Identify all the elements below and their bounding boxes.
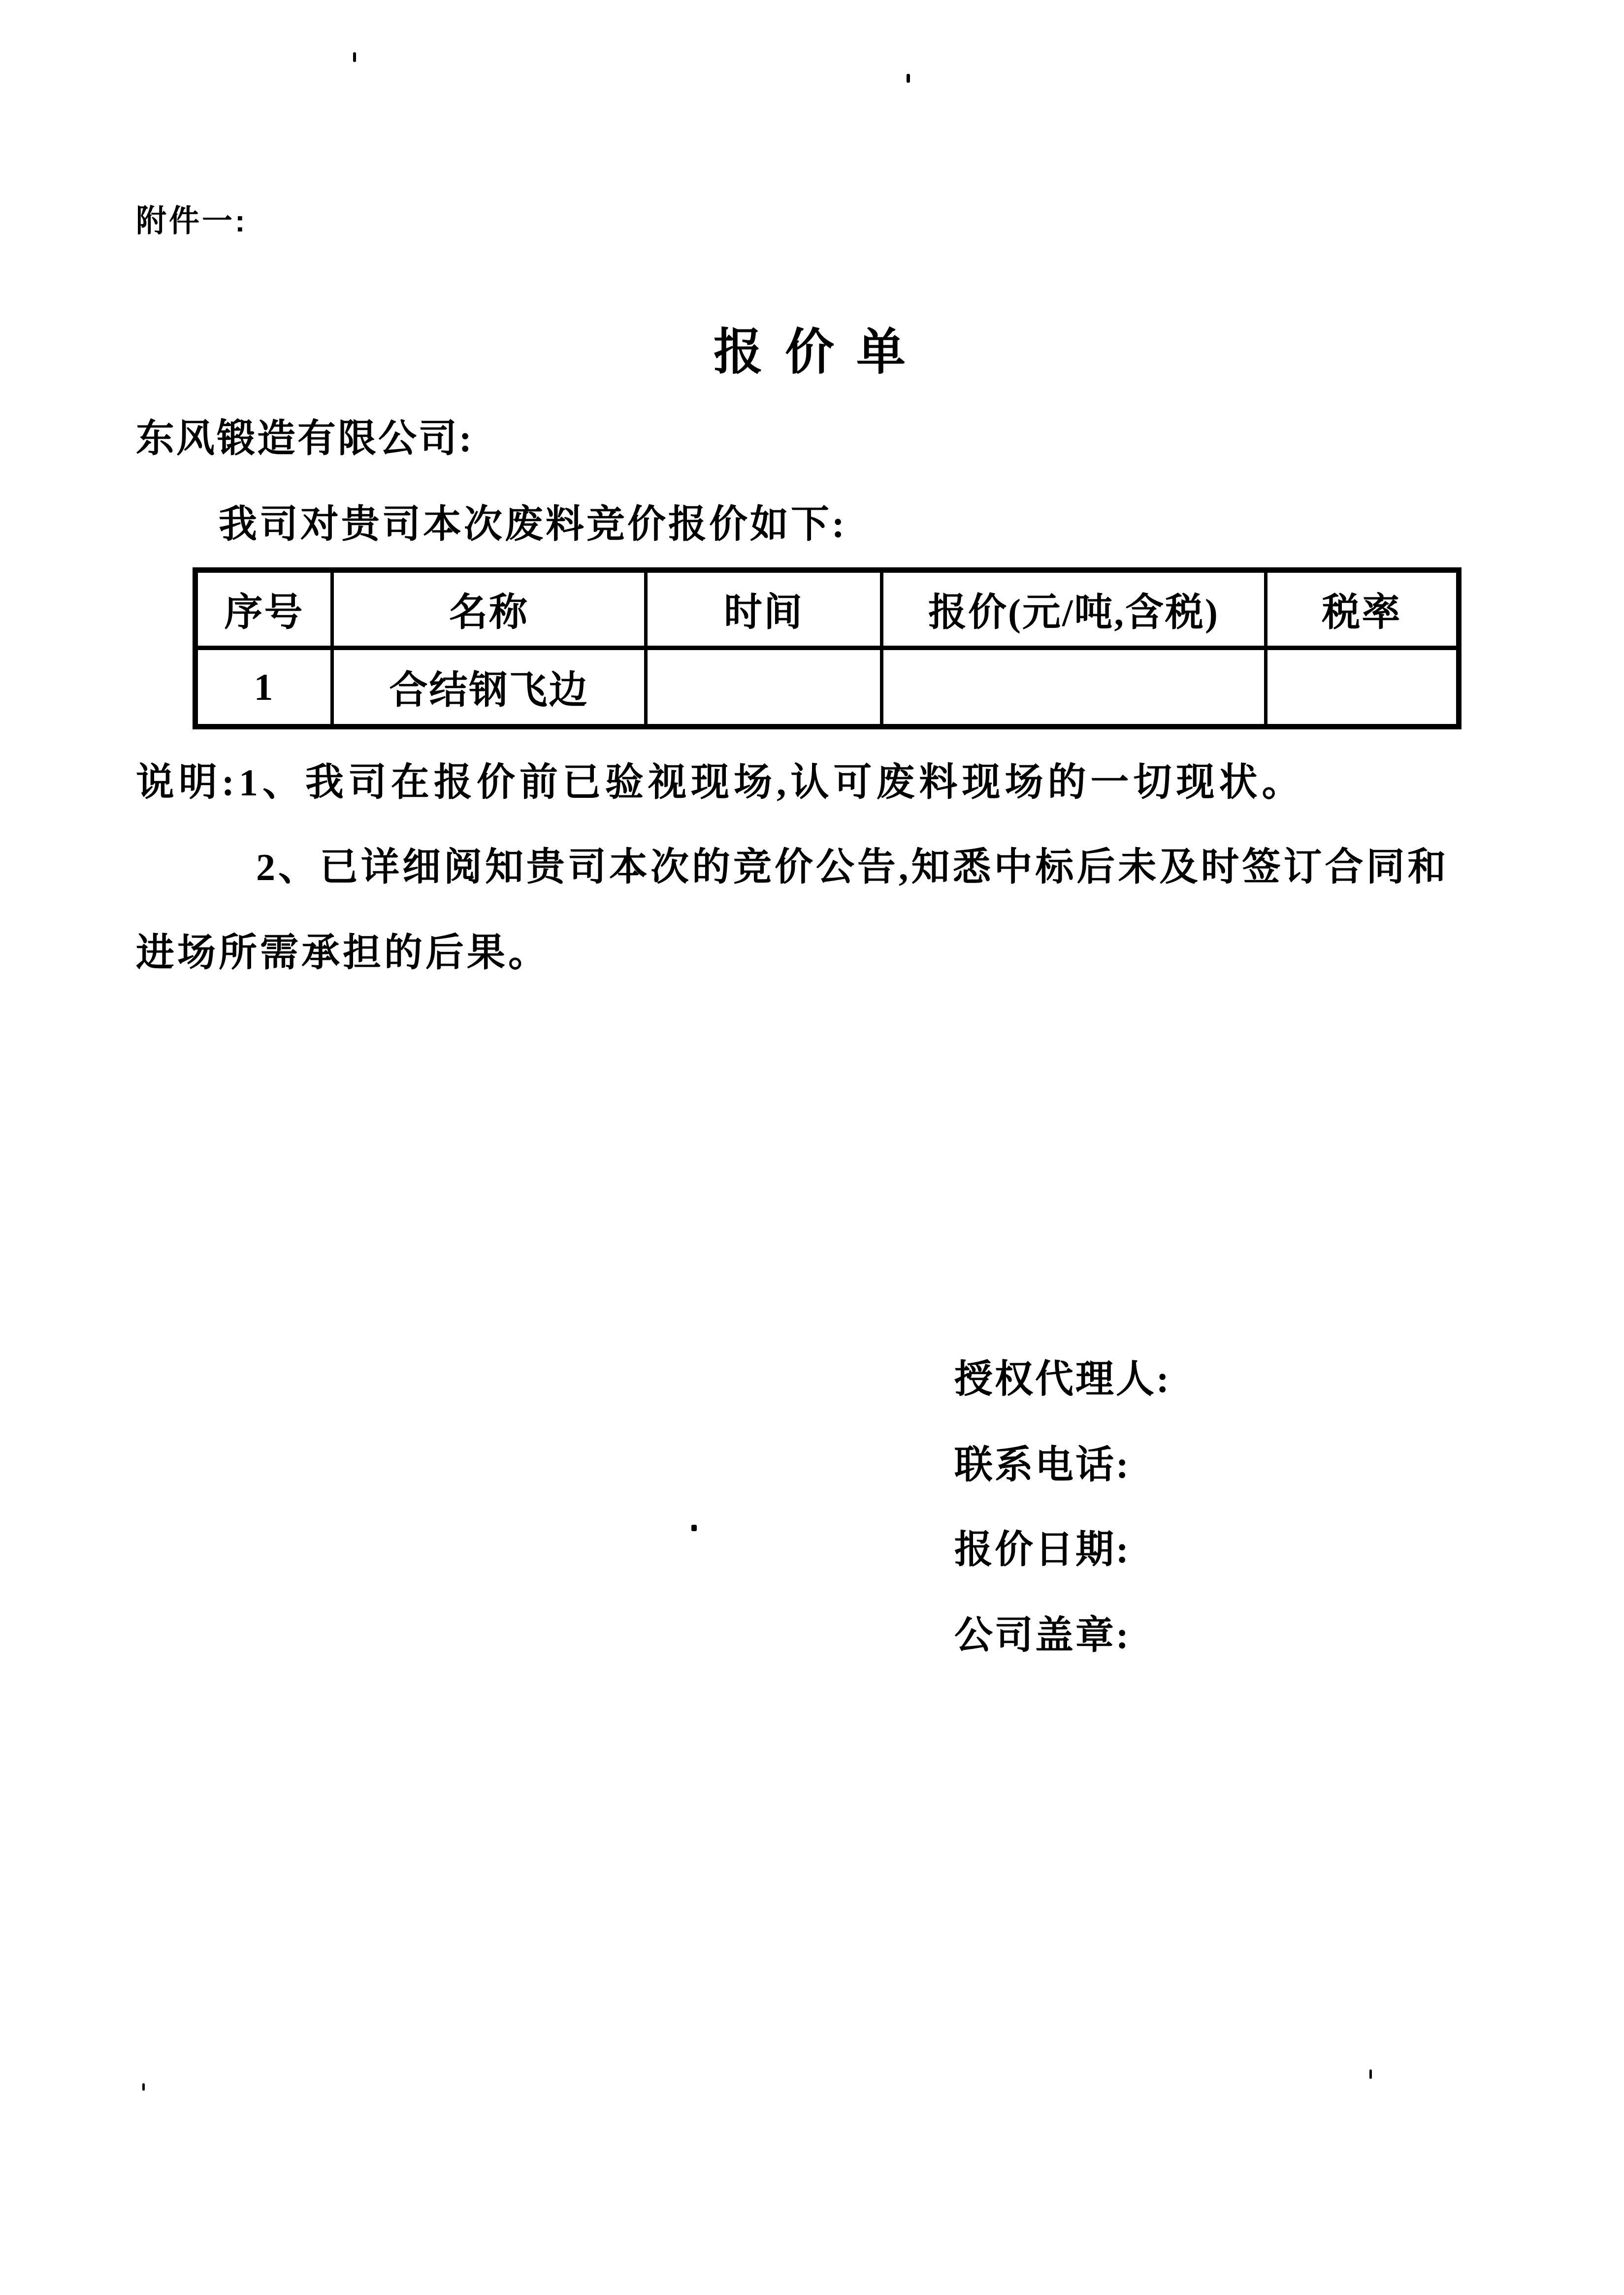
header-tax-rate: 税率: [1266, 570, 1459, 648]
cell-tax-rate: [1266, 648, 1459, 727]
note-line-3: 进场所需承担的后果。: [136, 931, 550, 975]
cell-serial-number: 1: [195, 648, 332, 727]
attachment-label: 附件一:: [136, 204, 248, 239]
scan-speck: [691, 1525, 697, 1531]
scan-speck: [353, 52, 356, 62]
quotation-document-page: 附件一: 报 价 单 东风锻造有限公司: 我司对贵司本次废料竞价报价如下: 序号…: [0, 0, 1624, 2295]
header-serial-number: 序号: [195, 570, 332, 648]
scan-speck: [142, 2083, 145, 2091]
header-item-name: 名称: [332, 570, 646, 648]
recipient-company-line: 东风锻造有限公司:: [136, 417, 474, 461]
cell-time: [646, 648, 882, 727]
quote-date-label: 报价日期:: [954, 1528, 1131, 1572]
header-price-per-ton: 报价(元/吨,含税): [882, 570, 1266, 648]
contact-phone-label: 联系电话:: [954, 1443, 1131, 1487]
company-seal-label: 公司盖章:: [954, 1613, 1131, 1658]
cell-price: [882, 648, 1266, 727]
page-title: 报 价 单: [0, 324, 1624, 381]
intro-line: 我司对贵司本次废料竞价报价如下:: [219, 502, 847, 547]
header-time: 时间: [646, 570, 882, 648]
note-line-1: 说明:1、我司在报价前已验视现场,认可废料现场的一切现状。: [136, 760, 1304, 805]
scan-speck: [1369, 2069, 1372, 2079]
table-header-row: 序号 名称 时间 报价(元/吨,含税) 税率: [195, 570, 1459, 648]
note-line-2: 2、已详细阅知贵司本次的竞价公告,知悉中标后未及时签订合同和: [256, 845, 1449, 889]
quotation-table: 序号 名称 时间 报价(元/吨,含税) 税率 1 合结钢飞边: [193, 567, 1462, 729]
cell-item-name: 合结钢飞边: [332, 648, 646, 727]
table-row: 1 合结钢飞边: [195, 648, 1459, 727]
authorized-agent-label: 授权代理人:: [954, 1357, 1171, 1402]
scan-speck: [907, 74, 910, 83]
